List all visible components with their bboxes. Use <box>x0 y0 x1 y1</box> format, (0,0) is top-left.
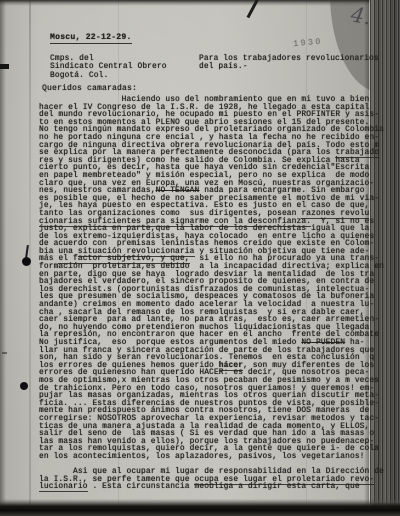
body-line: les que presumen de socialismo, despeace… <box>39 293 391 301</box>
salutation: Queridos camaradas: <box>42 84 137 93</box>
body-line: No tengo ningún mandato expreso del prol… <box>39 126 391 134</box>
body-line: ticas de una manera ajustada a la realid… <box>39 423 391 431</box>
body-line: corregirse: NOSOTROS aprovechar la exper… <box>39 415 391 423</box>
recipient-line: Bogotá. Col. <box>50 72 167 80</box>
body-line: bajadores el verdadero, el sincero propo… <box>39 278 391 286</box>
paragraph: Haciendo uso del nombramiento que en mi … <box>39 96 391 461</box>
body-line: lucionario . Esta circunstancia meobliga… <box>39 483 391 491</box>
body-line: claro que, una vez en Europa, una vez en… <box>39 180 391 188</box>
scanned-letter-page: 1930 4. Moscu, 22-12-29. Cmps. del Sindi… <box>0 0 400 516</box>
body-line: justo, explica en parte,que la labor de … <box>39 225 391 233</box>
body-line: formación proletaria,es debido a la inca… <box>39 263 391 271</box>
ink-blot <box>20 382 28 390</box>
body-line: pujar las masas organizadas, mientras lo… <box>39 392 391 400</box>
recipient-address: Cmps. del Sindicato Central Obrero Bogot… <box>50 55 167 80</box>
body-line: más el factor subjetivo, y que, si ello … <box>39 255 391 263</box>
body-line: je, les haya puesto en espectativa. Esto… <box>39 202 391 210</box>
body-line: mos de optimismo,x mientras los otros pe… <box>39 377 391 385</box>
handwritten-mark: 4. <box>349 2 373 29</box>
body-line: Haciendo uso del nombramiento que en mi … <box>39 96 391 104</box>
paragraph: Asi que al ocupar mi lugar de responsabi… <box>39 468 391 491</box>
body-line: andante) creimos en momento dado acelera… <box>39 301 391 309</box>
dateline: Moscu, 22-12-29. <box>50 33 132 44</box>
body-line: salir del seno de las masas ( Si es verd… <box>39 430 391 438</box>
ink-dash-mark <box>0 64 9 69</box>
body-line: la represión, no encontraron que hacer e… <box>39 331 391 339</box>
body-line: Asi que al ocupar mi lugar de responsabi… <box>39 468 391 476</box>
body-line: en los acontecimientos, los aplazadores,… <box>39 453 391 461</box>
body-line: No justifica, eso porque estos argumento… <box>39 339 391 347</box>
scan-edge-left <box>0 0 6 516</box>
scan-edge-top <box>0 0 400 6</box>
addressee-heading: Para los trabajadores revolucionarios de… <box>199 55 379 72</box>
body-line: en papel membreteado" y misión especial,… <box>39 172 391 180</box>
body-line: tar a los remolquistas, quiero decir, a … <box>39 445 391 453</box>
addressee-heading-line: del país.- <box>199 63 379 71</box>
body-line: nes, nuestros camaradas,NO TENGAN nada p… <box>39 187 391 195</box>
body-line: cionarias suficientes para signarme con … <box>39 218 391 226</box>
ink-speck <box>2 352 7 354</box>
body-line: de acuerdo con premisas leninistas hemos… <box>39 240 391 248</box>
date-stamp: 1930 <box>293 37 323 50</box>
body-line: son, han sido y seran revolucionarios. T… <box>39 354 391 362</box>
body-line: del mundo revolucionario, he ocupado mi … <box>39 111 391 119</box>
body-line: no he portado ninguna cre encial , y has… <box>39 134 391 142</box>
body-line: cierto punto, es decir, hasta que haya v… <box>39 164 391 172</box>
letter-body: Haciendo uso del nombramiento que en mi … <box>39 96 391 491</box>
recipient-line: Sindicato Central Obrero <box>50 63 167 71</box>
body-line: tanto las organizaciones como sus dirige… <box>39 210 391 218</box>
body-line: se explica por la manera perfectamente d… <box>39 149 391 157</box>
scan-edge-bottom <box>0 499 400 516</box>
body-line: mente han predispuesto ánimos contra nos… <box>39 407 391 415</box>
body-line: caer siempre para ad lante, no para atra… <box>39 316 391 324</box>
ink-blot <box>22 257 31 266</box>
body-line: errores de quienesno han querido HACER: … <box>39 369 391 377</box>
